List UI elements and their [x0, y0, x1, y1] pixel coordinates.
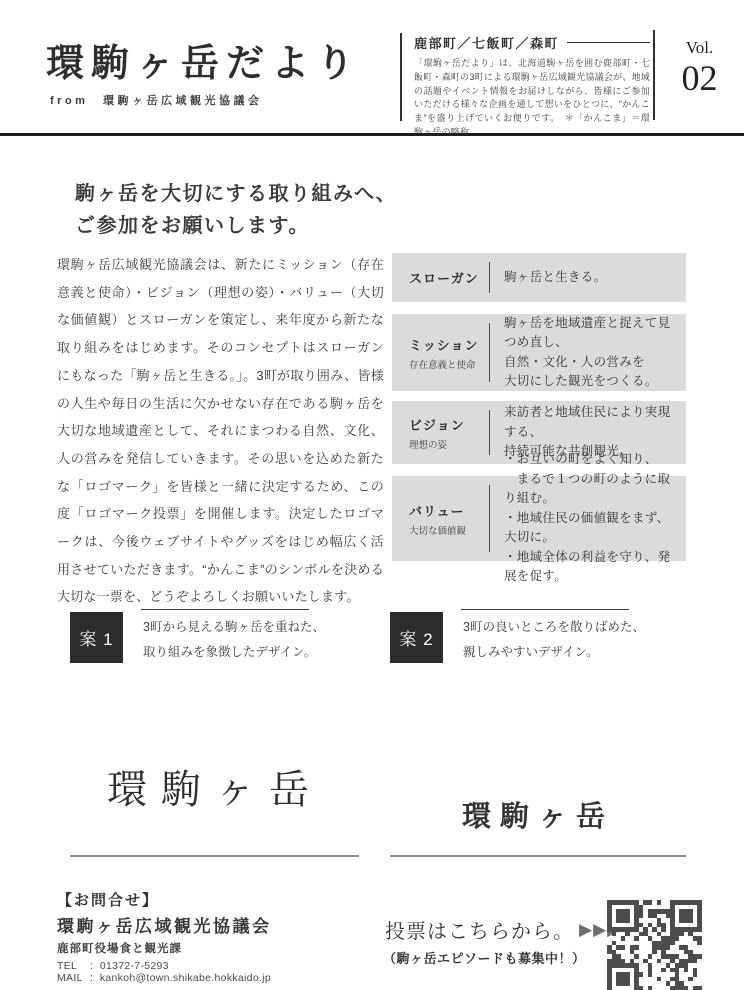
header-divider-rule [0, 133, 744, 136]
mail-address: kankoh@town.shikabe.hokkaido.jp [100, 972, 271, 984]
newsletter-description: 「環駒ヶ岳だより」は、北海道駒ヶ岳を囲む鹿部町・七飯町・森町の3町による環駒ヶ岳… [414, 57, 650, 140]
proposal-1-underline [70, 855, 359, 857]
concept-divider [489, 410, 490, 455]
concept-label: スローガン [409, 268, 489, 287]
contact-department: 鹿部町役場食と観光課 [57, 940, 182, 956]
proposal-1-rule [141, 609, 309, 610]
proposal-1-badge: 案 1 [70, 612, 123, 663]
proposal-2-description: 3町の良いところを散りばめた、 親しみやすいデザイン。 [463, 615, 693, 665]
concept-label: ビジョン [409, 415, 489, 434]
concept-label: バリュー [409, 501, 489, 520]
qr-code-icon [607, 900, 702, 990]
vote-text: 投票はこちらから。 [385, 915, 574, 944]
header-info-block: 鹿部町／七飯町／森町 「環駒ヶ岳だより」は、北海道駒ヶ岳を囲む鹿部町・七飯町・森… [400, 33, 650, 121]
concept-divider [489, 323, 490, 382]
vote-call-to-action: 投票はこちらから。 ▶▶▶ [385, 915, 621, 944]
concept-divider [489, 485, 490, 552]
concept-label: ミッション [409, 335, 489, 354]
proposal-1-logo: 環駒ヶ岳 [70, 758, 360, 815]
concept-divider [489, 262, 490, 293]
volume-label: Vol. [686, 38, 714, 58]
proposal-1-description: 3町から見える駒ヶ岳を重ねた、 取り組みを象徴したデザイン。 [143, 615, 373, 665]
concept-label-wrap: ビジョン 理想の姿 [392, 415, 489, 451]
volume-number: 02 [682, 58, 718, 98]
concept-table: スローガン 駒ヶ岳と生きる。 ミッション 存在意義と使命 駒ヶ岳を地域遺産と捉え… [392, 253, 686, 561]
contact-mail: MAIL：kankoh@town.shikabe.hokkaido.jp [57, 970, 271, 985]
towns-row: 鹿部町／七飯町／森町 [414, 33, 650, 52]
volume-block: Vol. 02 [653, 30, 744, 120]
concept-value: 駒ヶ岳を地域遺産と捉えて見つめ直し、 自然・文化・人の営みを 大切にした観光をつ… [489, 314, 686, 392]
concept-label-wrap: バリュー 大切な価値観 [392, 501, 489, 537]
concept-sublabel: 大切な価値観 [409, 523, 489, 537]
article-heading: 駒ヶ岳を大切にする取り組みへ、 ご参加をお願いします。 [75, 178, 397, 242]
proposal-2-rule [461, 609, 629, 610]
concept-label-wrap: スローガン [392, 268, 489, 287]
newsletter-subtitle: from 環駒ヶ岳広域観光協議会 [50, 92, 262, 108]
concept-value: 駒ヶ岳と生きる。 [489, 268, 686, 288]
vote-note: （駒ヶ岳エピソードも募集中！） [383, 948, 586, 967]
towns-heading: 鹿部町／七飯町／森町 [414, 33, 559, 52]
mail-separator: ： [89, 972, 100, 984]
proposal-2-badge: 案 2 [390, 612, 443, 663]
contact-organization: 環駒ヶ岳広域観光協議会 [57, 912, 272, 937]
concept-sublabel: 理想の姿 [409, 437, 489, 451]
proposal-2-logo: 環駒ヶ岳 [390, 794, 686, 835]
newsletter-title: 環駒ヶ岳だより [46, 32, 361, 87]
concept-label-wrap: ミッション 存在意義と使命 [392, 335, 489, 371]
contact-heading: 【お問合せ】 [57, 889, 159, 910]
article-body: 環駒ヶ岳広域観光協議会は、新たにミッション（存在意義と使命）・ビジョン（理想の姿… [57, 251, 384, 611]
concept-row-slogan: スローガン 駒ヶ岳と生きる。 [392, 253, 686, 302]
concept-sublabel: 存在意義と使命 [409, 357, 489, 371]
concept-row-mission: ミッション 存在意義と使命 駒ヶ岳を地域遺産と捉えて見つめ直し、 自然・文化・人… [392, 314, 686, 391]
newsletter-page: 環駒ヶ岳だより from 環駒ヶ岳広域観光協議会 鹿部町／七飯町／森町 「環駒ヶ… [0, 0, 744, 990]
towns-rule [567, 42, 650, 44]
proposal-2-underline [390, 855, 686, 857]
concept-row-value: バリュー 大切な価値観 ・お互いの町をよく知り、 まるで１つの町のように取り組む… [392, 476, 686, 561]
mail-label: MAIL [57, 972, 89, 984]
concept-value: ・お互いの町をよく知り、 まるで１つの町のように取り組む。 ・地域住民の価値観を… [489, 450, 686, 587]
